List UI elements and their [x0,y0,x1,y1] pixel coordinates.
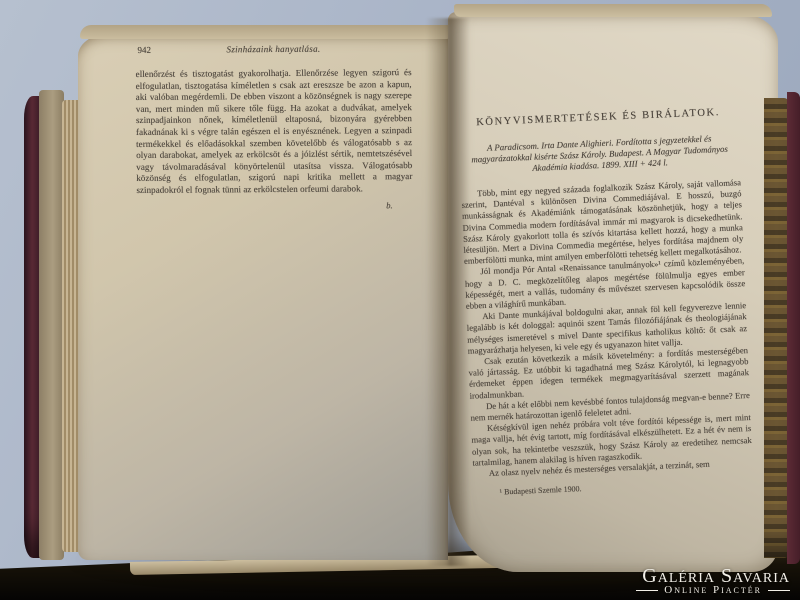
open-book: 942 Szinházaink hanyatlása. ellenőrzést … [0,0,800,600]
watermark-dash-right [768,590,790,591]
fore-edge [764,98,789,558]
book-cover-board-right [787,92,800,564]
right-page-text: KÖNYVISMERTETÉSEK ÉS BIRÁLATOK. A Paradi… [458,106,754,498]
body-paragraph: Több, mint egy negyed százada foglalkozi… [461,177,744,267]
book-cover-board-left [39,90,64,560]
left-page-header: 942 Szinházaink hanyatlása. [135,43,411,60]
left-page-paragraph: ellenőrzést és tisztogatást gyakorolhatj… [136,67,413,196]
photo-scene: 942 Szinházaink hanyatlása. ellenőrzést … [0,0,800,600]
watermark-dash-left [636,590,658,591]
marketplace-watermark: Galéria Savaria Online Piactér [636,565,790,596]
author-signature: b. [137,200,413,212]
review-body: Több, mint egy negyed százada foglalkozi… [461,177,753,480]
watermark-subtitle: Online Piactér [664,584,762,596]
book-gutter-shadow [426,18,470,566]
page-number: 942 [137,45,151,55]
review-bibliographic-header: A Paradicsom. Irta Dante Alighieri. Ford… [459,132,740,177]
left-page-text: 942 Szinházaink hanyatlása. ellenőrzést … [135,43,412,211]
running-title: Szinházaink hanyatlása. [135,43,411,55]
